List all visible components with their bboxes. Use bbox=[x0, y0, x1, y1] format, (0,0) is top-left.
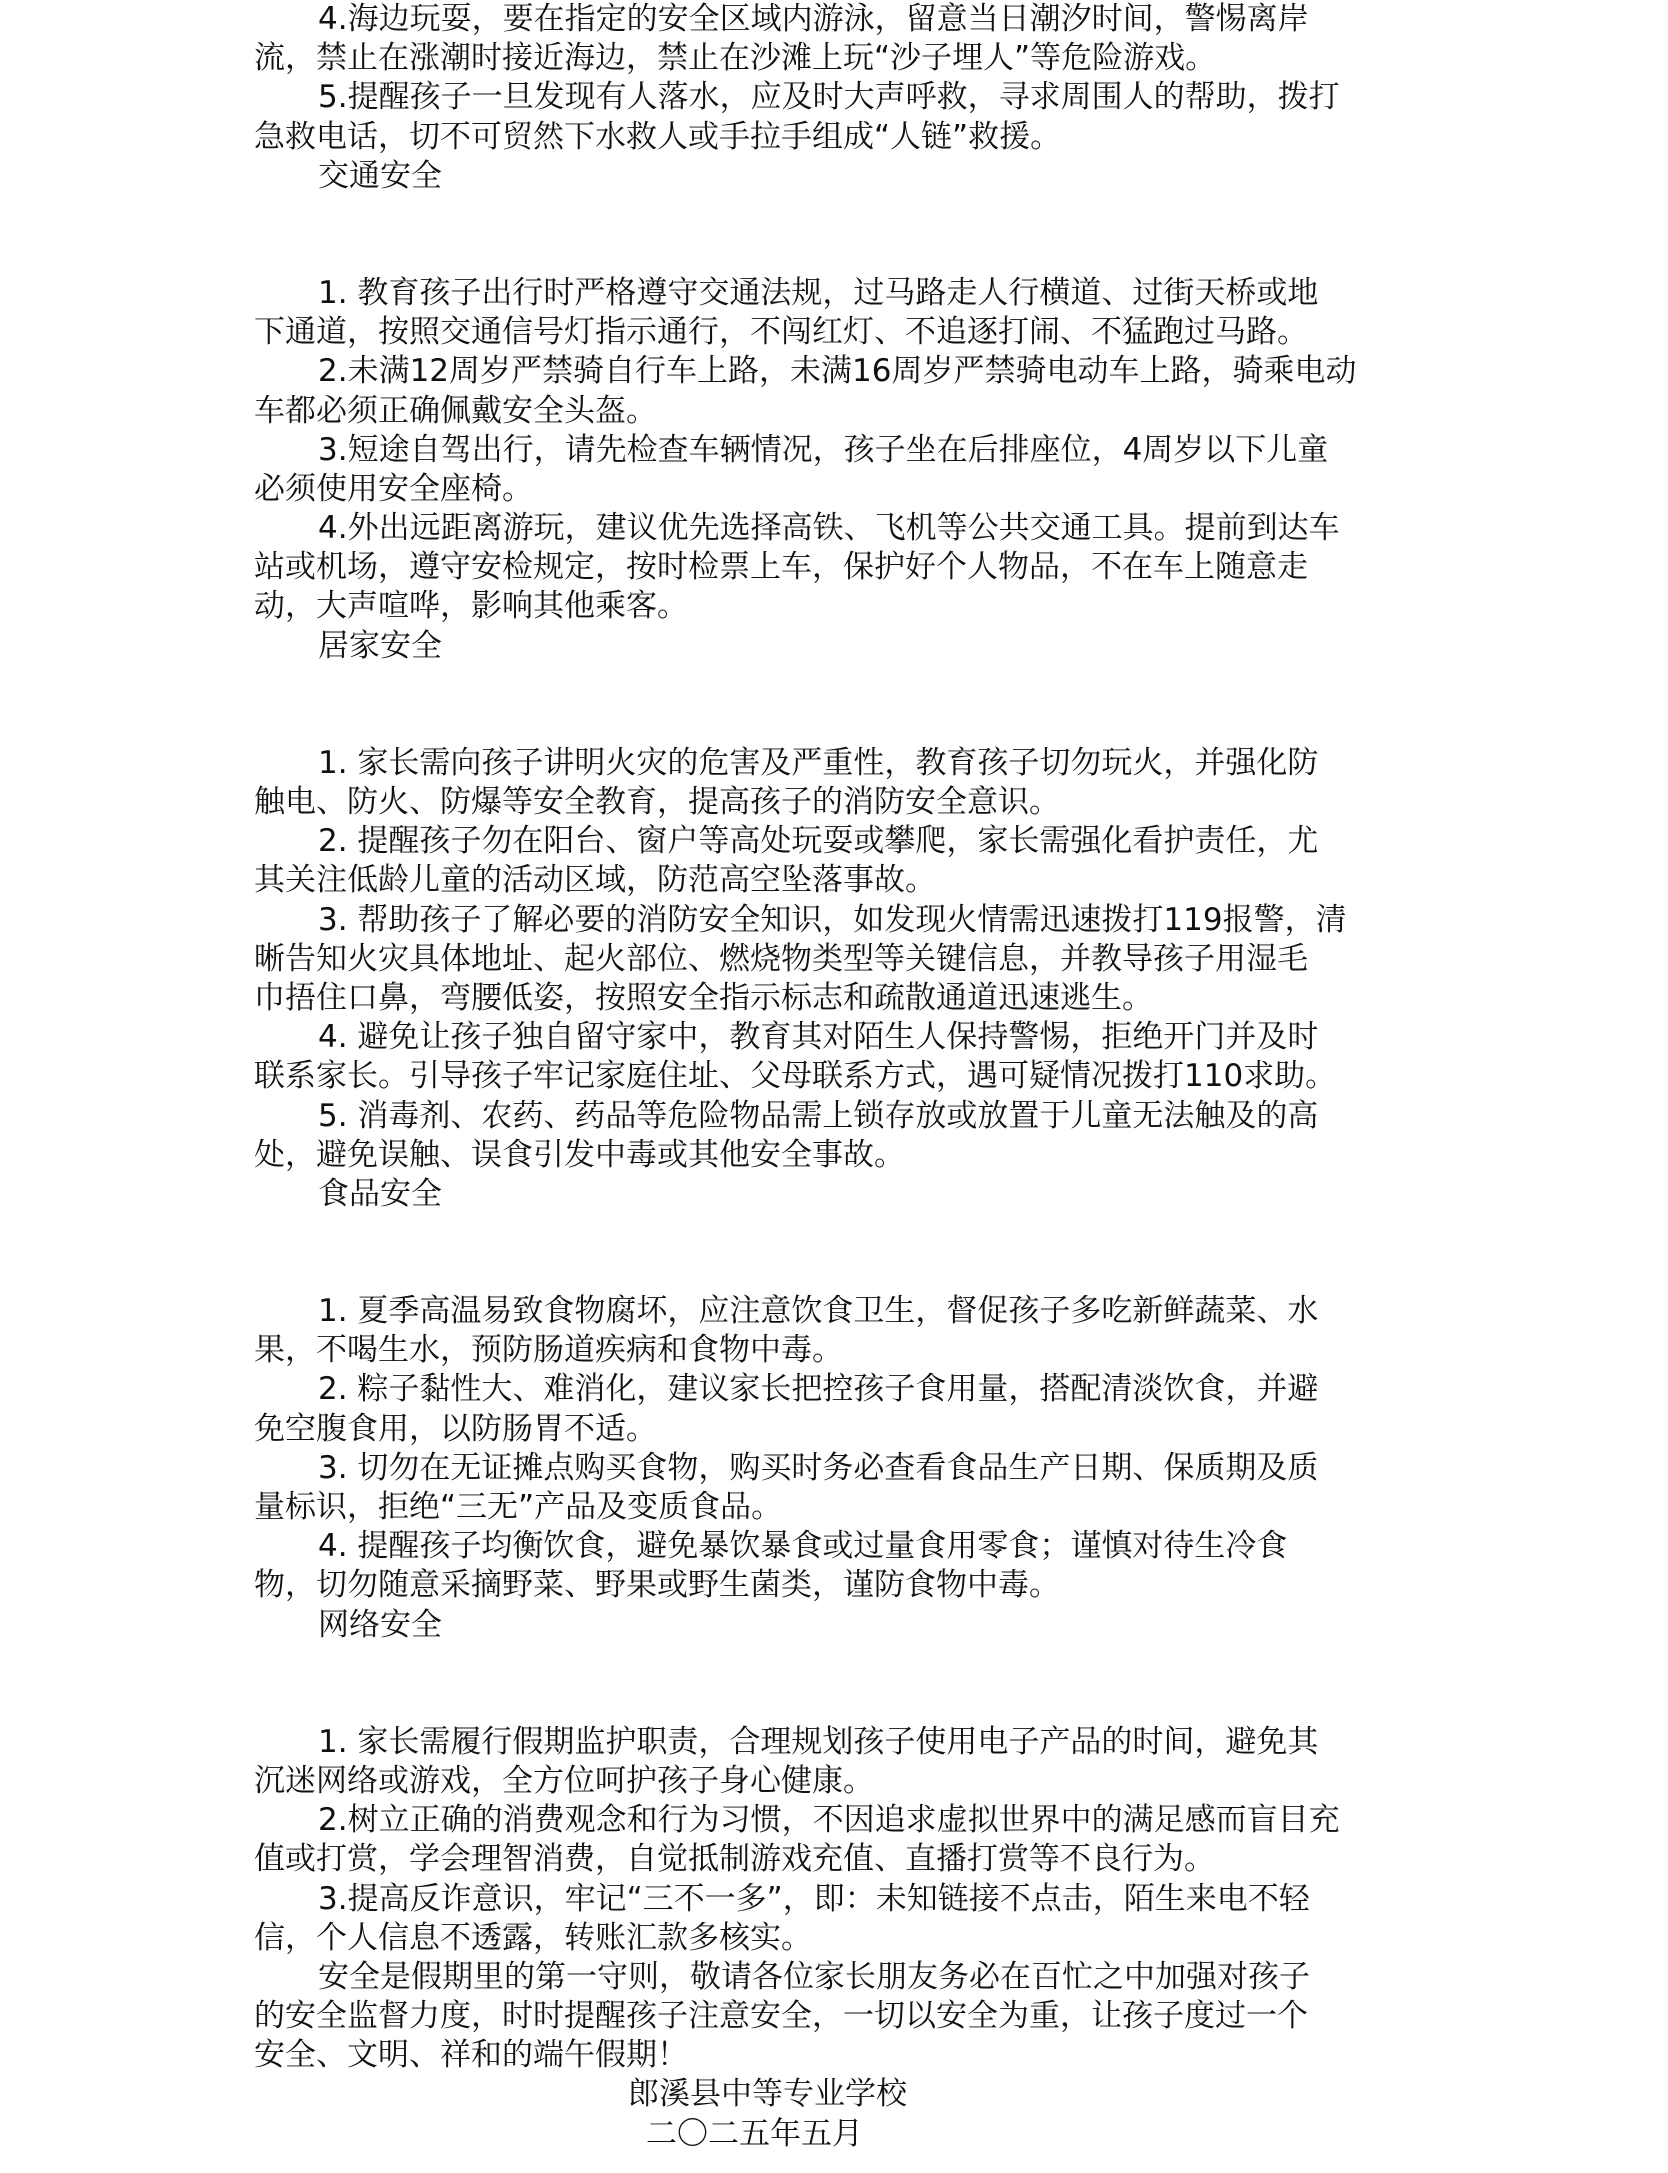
document-page: 4.海边玩耍，要在指定的安全区域内游泳，留意当日潮汐时间，警惕离岸 流，禁止在涨… bbox=[254, 0, 1434, 2154]
paragraph-traffic-2: 2.未满12周岁严禁骑自行车上路，未满16周岁严禁骑电动车上路，骑乘电动 车都必… bbox=[254, 352, 1434, 430]
text-line: 晰告知火灾具体地址、起火部位、燃烧物类型等关键信息，并教导孩子用湿毛 bbox=[254, 940, 1434, 979]
text-line: 的安全监督力度，时时提醒孩子注意安全，一切以安全为重，让孩子度过一个 bbox=[254, 1997, 1434, 2036]
text-line: 5.提醒孩子一旦发现有人落水，应及时大声呼救，寻求周围人的帮助，拨打 bbox=[254, 78, 1434, 117]
paragraph-network-1: 1. 家长需履行假期监护职责，合理规划孩子使用电子产品的时间，避免其 沉迷网络或… bbox=[254, 1723, 1434, 1801]
text-line: 其关注低龄儿童的活动区域，防范高空坠落事故。 bbox=[254, 861, 1434, 900]
paragraph-traffic-1: 1. 教育孩子出行时严格遵守交通法规，过马路走人行横道、过街天桥或地 下通道，按… bbox=[254, 274, 1434, 352]
paragraph-home-2: 2. 提醒孩子勿在阳台、窗户等高处玩耍或攀爬，家长需强化看护责任，尤 其关注低龄… bbox=[254, 822, 1434, 900]
text-line: 4.外出远距离游玩，建议优先选择高铁、飞机等公共交通工具。提前到达车 bbox=[254, 509, 1434, 548]
paragraph-traffic-3: 3.短途自驾出行，请先检查车辆情况，孩子坐在后排座位，4周岁以下儿童 必须使用安… bbox=[254, 431, 1434, 509]
paragraph-food-4: 4. 提醒孩子均衡饮食，避免暴饮暴食或过量食用零食；谨慎对待生冷食 物，切勿随意… bbox=[254, 1527, 1434, 1605]
paragraph-home-4: 4. 避免让孩子独自留守家中，教育其对陌生人保持警惕，拒绝开门并及时 联系家长。… bbox=[254, 1018, 1434, 1096]
text-line: 急救电话，切不可贸然下水救人或手拉手组成“人链”救援。 bbox=[254, 118, 1434, 157]
text-line: 触电、防火、防爆等安全教育，提高孩子的消防安全意识。 bbox=[254, 783, 1434, 822]
text-line: 物，切勿随意采摘野菜、野果或野生菌类，谨防食物中毒。 bbox=[254, 1566, 1434, 1605]
paragraph-traffic-4: 4.外出远距离游玩，建议优先选择高铁、飞机等公共交通工具。提前到达车 站或机场，… bbox=[254, 509, 1434, 627]
section-heading-network: 网络安全 bbox=[254, 1606, 1434, 1645]
paragraph-home-1: 1. 家长需向孩子讲明火灾的危害及严重性，教育孩子切勿玩火，并强化防 触电、防火… bbox=[254, 744, 1434, 822]
text-line: 量标识，拒绝“三无”产品及变质食品。 bbox=[254, 1488, 1434, 1527]
text-line: 3.短途自驾出行，请先检查车辆情况，孩子坐在后排座位，4周岁以下儿童 bbox=[254, 431, 1434, 470]
text-line: 5. 消毒剂、农药、药品等危险物品需上锁存放或放置于儿童无法触及的高 bbox=[254, 1097, 1434, 1136]
section-heading-food: 食品安全 bbox=[254, 1175, 1434, 1214]
paragraph-water-5: 5.提醒孩子一旦发现有人落水，应及时大声呼救，寻求周围人的帮助，拨打 急救电话，… bbox=[254, 78, 1434, 156]
text-line: 站或机场，遵守安检规定，按时检票上车，保护好个人物品，不在车上随意走 bbox=[254, 548, 1434, 587]
paragraph-network-2: 2.树立正确的消费观念和行为习惯，不因追求虚拟世界中的满足感而盲目充 值或打赏，… bbox=[254, 1801, 1434, 1879]
section-gap bbox=[254, 1645, 1434, 1723]
text-line: 1. 教育孩子出行时严格遵守交通法规，过马路走人行横道、过街天桥或地 bbox=[254, 274, 1434, 313]
text-line: 4.海边玩耍，要在指定的安全区域内游泳，留意当日潮汐时间，警惕离岸 bbox=[254, 0, 1434, 39]
text-line: 值或打赏，学会理智消费，自觉抵制游戏充值、直播打赏等不良行为。 bbox=[254, 1840, 1434, 1879]
text-line: 果，不喝生水，预防肠道疾病和食物中毒。 bbox=[254, 1331, 1434, 1370]
text-line: 4. 提醒孩子均衡饮食，避免暴饮暴食或过量食用零食；谨慎对待生冷食 bbox=[254, 1527, 1434, 1566]
section-gap bbox=[254, 196, 1434, 274]
text-line: 动，大声喧哗，影响其他乘客。 bbox=[254, 587, 1434, 626]
signature-organization: 郎溪县中等专业学校 bbox=[254, 2075, 1434, 2114]
text-line: 联系家长。引导孩子牢记家庭住址、父母联系方式，遇可疑情况拨打110求助。 bbox=[254, 1057, 1434, 1096]
text-line: 免空腹食用，以防肠胃不适。 bbox=[254, 1410, 1434, 1449]
text-line: 下通道，按照交通信号灯指示通行，不闯红灯、不追逐打闹、不猛跑过马路。 bbox=[254, 313, 1434, 352]
section-heading-traffic: 交通安全 bbox=[254, 157, 1434, 196]
text-line: 巾捂住口鼻，弯腰低姿，按照安全指示标志和疏散通道迅速逃生。 bbox=[254, 979, 1434, 1018]
section-gap bbox=[254, 666, 1434, 744]
text-line: 2. 提醒孩子勿在阳台、窗户等高处玩耍或攀爬，家长需强化看护责任，尤 bbox=[254, 822, 1434, 861]
section-heading-home: 居家安全 bbox=[254, 627, 1434, 666]
text-line: 2.未满12周岁严禁骑自行车上路，未满16周岁严禁骑电动车上路，骑乘电动 bbox=[254, 352, 1434, 391]
text-line: 安全、文明、祥和的端午假期！ bbox=[254, 2036, 1434, 2075]
text-line: 流，禁止在涨潮时接近海边，禁止在沙滩上玩“沙子埋人”等危险游戏。 bbox=[254, 39, 1434, 78]
text-line: 车都必须正确佩戴安全头盔。 bbox=[254, 392, 1434, 431]
text-line: 3. 切勿在无证摊点购买食物，购买时务必查看食品生产日期、保质期及质 bbox=[254, 1449, 1434, 1488]
text-line: 1. 家长需履行假期监护职责，合理规划孩子使用电子产品的时间，避免其 bbox=[254, 1723, 1434, 1762]
text-line: 1. 家长需向孩子讲明火灾的危害及严重性，教育孩子切勿玩火，并强化防 bbox=[254, 744, 1434, 783]
section-gap bbox=[254, 1214, 1434, 1292]
text-line: 2. 粽子黏性大、难消化，建议家长把控孩子食用量，搭配清淡饮食，并避 bbox=[254, 1370, 1434, 1409]
paragraph-water-4: 4.海边玩耍，要在指定的安全区域内游泳，留意当日潮汐时间，警惕离岸 流，禁止在涨… bbox=[254, 0, 1434, 78]
text-line: 处，避免误触、误食引发中毒或其他安全事故。 bbox=[254, 1136, 1434, 1175]
text-line: 信，个人信息不透露，转账汇款多核实。 bbox=[254, 1919, 1434, 1958]
text-line: 1. 夏季高温易致食物腐坏，应注意饮食卫生，督促孩子多吃新鲜蔬菜、水 bbox=[254, 1292, 1434, 1331]
paragraph-food-2: 2. 粽子黏性大、难消化，建议家长把控孩子食用量，搭配清淡饮食，并避 免空腹食用… bbox=[254, 1370, 1434, 1448]
paragraph-home-3: 3. 帮助孩子了解必要的消防安全知识，如发现火情需迅速拨打119报警，清 晰告知… bbox=[254, 901, 1434, 1019]
text-line: 3. 帮助孩子了解必要的消防安全知识，如发现火情需迅速拨打119报警，清 bbox=[254, 901, 1434, 940]
paragraph-home-5: 5. 消毒剂、农药、药品等危险物品需上锁存放或放置于儿童无法触及的高 处，避免误… bbox=[254, 1097, 1434, 1175]
text-line: 沉迷网络或游戏，全方位呵护孩子身心健康。 bbox=[254, 1762, 1434, 1801]
paragraph-food-3: 3. 切勿在无证摊点购买食物，购买时务必查看食品生产日期、保质期及质 量标识，拒… bbox=[254, 1449, 1434, 1527]
paragraph-network-3: 3.提高反诈意识，牢记“三不一多”，即：未知链接不点击，陌生来电不轻 信，个人信… bbox=[254, 1880, 1434, 1958]
text-line: 2.树立正确的消费观念和行为习惯，不因追求虚拟世界中的满足感而盲目充 bbox=[254, 1801, 1434, 1840]
paragraph-food-1: 1. 夏季高温易致食物腐坏，应注意饮食卫生，督促孩子多吃新鲜蔬菜、水 果，不喝生… bbox=[254, 1292, 1434, 1370]
text-line: 安全是假期里的第一守则，敬请各位家长朋友务必在百忙之中加强对孩子 bbox=[254, 1958, 1434, 1997]
text-line: 必须使用安全座椅。 bbox=[254, 470, 1434, 509]
text-line: 4. 避免让孩子独自留守家中，教育其对陌生人保持警惕，拒绝开门并及时 bbox=[254, 1018, 1434, 1057]
text-line: 3.提高反诈意识，牢记“三不一多”，即：未知链接不点击，陌生来电不轻 bbox=[254, 1880, 1434, 1919]
paragraph-closing: 安全是假期里的第一守则，敬请各位家长朋友务必在百忙之中加强对孩子 的安全监督力度… bbox=[254, 1958, 1434, 2076]
signature-date: 二〇二五年五月 bbox=[254, 2115, 1434, 2154]
